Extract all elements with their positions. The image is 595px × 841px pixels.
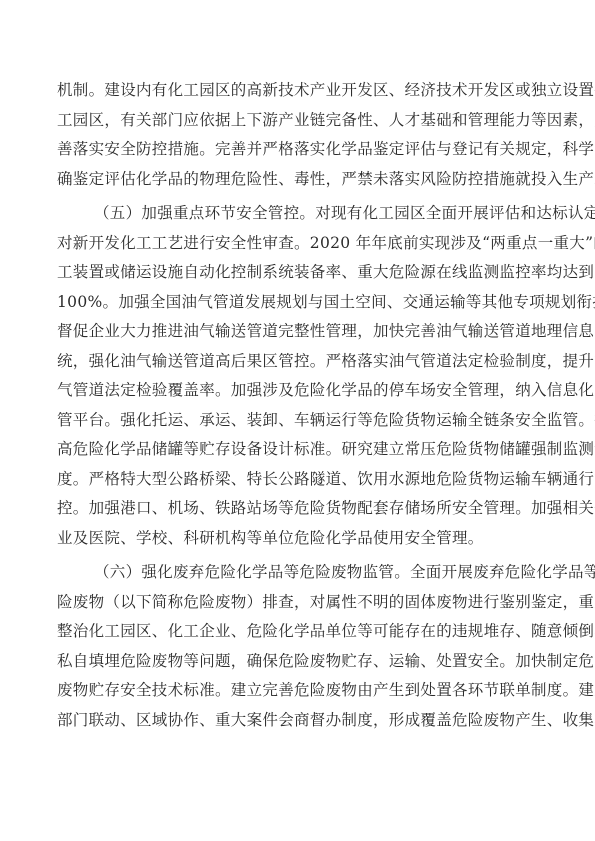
text-line: 督促企业大力推进油气输送管道完整性管理，加快完善油气输送管道地理信息系 — [57, 317, 539, 347]
text-line: 对新开发化工工艺进行安全性审查。2020 年年底前实现涉及“两重点一重大”的化 — [57, 229, 539, 259]
text-line: 高危险化学品储罐等贮存设备设计标准。研究建立常压危险货物储罐强制监测制 — [57, 435, 539, 465]
document-page: 机制。建设内有化工园区的高新技术产业开发区、经济技术开发区或独立设置化 工园区，… — [57, 76, 539, 740]
text-line: 整治化工园区、化工企业、危险化学品单位等可能存在的违规堆存、随意倾倒、 — [57, 617, 539, 647]
text-line: 管平台。强化托运、承运、装卸、车辆运行等危险货物运输全链条安全监管。提 — [57, 406, 539, 436]
text-line: 统，强化油气输送管道高后果区管控。严格落实油气管道法定检验制度，提升油 — [57, 347, 539, 377]
text-line: 控。加强港口、机场、铁路站场等危险货物配套存储场所安全管理。加强相关企 — [57, 494, 539, 524]
section-heading-line: （五）加强重点环节安全管控。对现有化工园区全面开展评估和达标认定。 — [57, 199, 539, 229]
section-heading-line: （六）强化废弃危险化学品等危险废物监管。全面开展废弃危险化学品等危 — [57, 558, 539, 588]
text-line: 私自填埋危险废物等问题，确保危险废物贮存、运输、处置安全。加快制定危险 — [57, 647, 539, 677]
text-line: 善落实安全防控措施。完善并严格落实化学品鉴定评估与登记有关规定，科学准 — [57, 135, 539, 165]
text-line: 气管道法定检验覆盖率。加强涉及危险化学品的停车场安全管理，纳入信息化监 — [57, 376, 539, 406]
text-line: 工装置或储运设施自动化控制系统装备率、重大危险源在线监测监控率均达到 — [57, 258, 539, 288]
paragraph-section-5: （五）加强重点环节安全管控。对现有化工园区全面开展评估和达标认定。 对新开发化工… — [57, 199, 539, 553]
text-line: 业及医院、学校、科研机构等单位危险化学品使用安全管理。 — [57, 524, 539, 554]
text-line: 度。严格特大型公路桥梁、特长公路隧道、饮用水源地危险货物运输车辆通行管 — [57, 465, 539, 495]
paragraph-section-6: （六）强化废弃危险化学品等危险废物监管。全面开展废弃危险化学品等危 险废物（以下… — [57, 558, 539, 735]
text-line: 机制。建设内有化工园区的高新技术产业开发区、经济技术开发区或独立设置化 — [57, 76, 539, 106]
text-line: 险废物（以下简称危险废物）排查，对属性不明的固体废物进行鉴别鉴定，重点 — [57, 588, 539, 618]
text-line: 100%。加强全国油气管道发展规划与国土空间、交通运输等其他专项规划衔接。 — [57, 288, 539, 318]
text-line: 工园区，有关部门应依据上下游产业链完备性、人才基础和管理能力等因素，完 — [57, 106, 539, 136]
text-line: 确鉴定评估化学品的物理危险性、毒性，严禁未落实风险防控措施就投入生产。 — [57, 165, 539, 195]
text-line: 部门联动、区域协作、重大案件会商督办制度，形成覆盖危险废物产生、收集、 — [57, 706, 539, 736]
paragraph-continued-mechanism: 机制。建设内有化工园区的高新技术产业开发区、经济技术开发区或独立设置化 工园区，… — [57, 76, 539, 194]
text-line: 废物贮存安全技术标准。建立完善危险废物由产生到处置各环节联单制度。建立 — [57, 676, 539, 706]
